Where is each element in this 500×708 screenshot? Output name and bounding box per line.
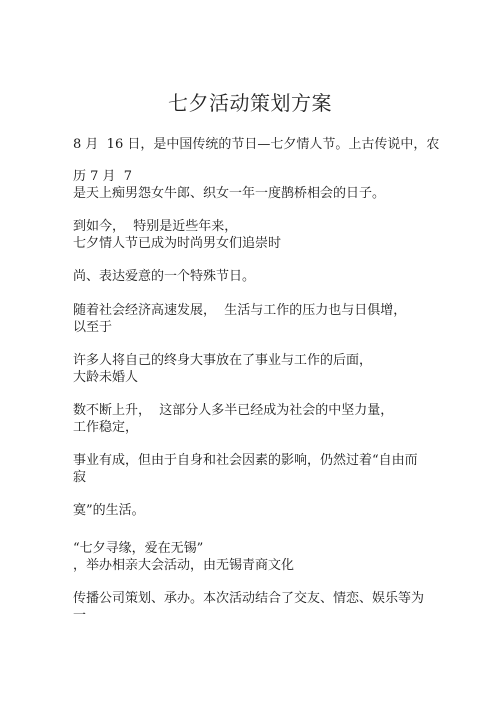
paragraph-line: 七夕情人节已成为时尚男女们追崇时 (73, 235, 281, 253)
document-page: 七夕活动策划方案 8 月 16 日，是中国传统的节日—七夕情人节。上古传说中，农… (0, 0, 500, 708)
document-title: 七夕活动策划方案 (0, 90, 500, 116)
paragraph-line: 事业有成，但由于自身和社会因素的影响，仍然过着“自由而 (73, 452, 418, 470)
paragraph-line: 许多人将自己的终身大事放在了事业与工作的后面， (73, 352, 372, 370)
paragraph-line: 是天上痴男怨女牛郎、织女一年一度鹊桥相会的日子。 (73, 185, 385, 203)
paragraph-line: 寞”的生活。 (73, 502, 145, 520)
paragraph-line: 历 7 月 7 (73, 168, 132, 186)
paragraph-line: 传播公司策划、承办。本次活动结合了交友、情恋、娱乐等为 (73, 590, 424, 608)
paragraph-line: 数不断上升， 这部分人多半已经成为社会的中坚力量， (73, 402, 393, 420)
paragraph-line: 寂 (73, 469, 86, 487)
paragraph-line: 大龄未婚人 (73, 369, 138, 387)
paragraph-line: “七夕寻缘，爱在无锡” (73, 540, 203, 558)
paragraph-line: 随着社会经济高速发展， 生活与工作的压力也与日俱增， (73, 302, 406, 320)
paragraph-line: 尚、表达爱意的一个特殊节日。 (73, 268, 255, 286)
paragraph-line: 以至于 (73, 319, 112, 337)
paragraph-line: 到如今， 特别是近些年来， (73, 218, 237, 236)
paragraph-line: 8 月 16 日，是中国传统的节日—七夕情人节。上古传说中，农 (73, 136, 439, 154)
paragraph-line: 一 (73, 607, 86, 625)
paragraph-line: 工作稳定， (73, 419, 138, 437)
paragraph-line: ，举办相亲大会活动，由无锡青商文化 (73, 557, 294, 575)
